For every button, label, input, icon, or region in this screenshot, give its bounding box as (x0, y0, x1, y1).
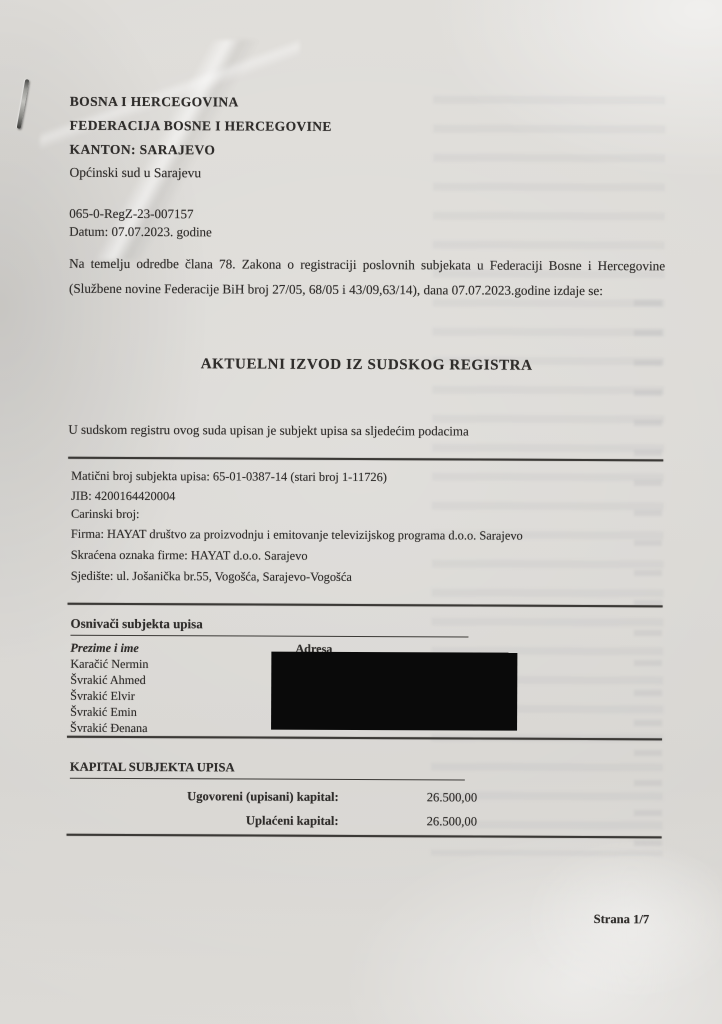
company-name: Firma: HAYAT društvo za proizvodnju i em… (71, 527, 523, 544)
founder-row: Švrakić Đenana (70, 721, 148, 736)
intro-line: U sudskom registru ovog suda upisan je s… (68, 422, 468, 440)
capital-row-label: Ugovoreni (upisani) kapital: (67, 789, 339, 805)
scanned-page: BOSNA I HERCEGOVINA FEDERACIJA BOSNE I H… (0, 0, 722, 1024)
header-country: BOSNA I HERCEGOVINA (70, 94, 239, 111)
divider (68, 457, 663, 462)
redacted-address-block (271, 652, 517, 731)
column-header-name: Prezime i ime (70, 641, 138, 656)
divider (67, 736, 662, 741)
legal-basis-paragraph: Na temelju odredbe člana 78. Zakona o re… (69, 252, 665, 304)
page-number: Strana 1/7 (66, 910, 661, 928)
header-court: Općinski sud u Sarajevu (69, 165, 201, 182)
date-line: Datum: 07.07.2023. godine (69, 224, 212, 241)
founders-section-title: Osnivači subjekta upisa (70, 616, 468, 638)
case-number: 065-0-RegZ-23-007157 (69, 206, 193, 223)
founder-row: Karačić Nermin (70, 657, 148, 672)
capital-row-label: Uplaćeni kapital: (67, 813, 339, 829)
divider (68, 603, 663, 608)
registration-number: Matični broj subjekta upisa: 65-01-0387-… (71, 469, 387, 485)
divider (67, 834, 662, 839)
company-seat: Sjedište: ul. Jošanička br.55, Vogošća, … (71, 569, 352, 585)
header-canton: KANTON: SARAJEVO (70, 142, 216, 159)
document-content: BOSNA I HERCEGOVINA FEDERACIJA BOSNE I H… (0, 0, 722, 1024)
document-title: AKTUELNI IZVOD IZ SUDSKOG REGISTRA (69, 356, 665, 376)
founder-row: Švrakić Ahmed (70, 673, 146, 688)
capital-row-value: 26.500,00 (427, 790, 477, 805)
founder-row: Švrakić Emin (70, 705, 137, 720)
founder-row: Švrakić Elvir (70, 689, 135, 704)
capital-section-title: KAPITAL SUBJEKTA UPISA (70, 760, 465, 781)
header-federation: FEDERACIJA BOSNE I HERCEGOVINE (70, 118, 332, 135)
customs-number: Carinski broj: (71, 507, 140, 522)
company-short-name: Skraćena oznaka firme: HAYAT d.o.o. Sara… (71, 548, 308, 564)
jib-number: JIB: 4200164420004 (71, 489, 175, 504)
capital-row-value: 26.500,00 (427, 814, 477, 829)
